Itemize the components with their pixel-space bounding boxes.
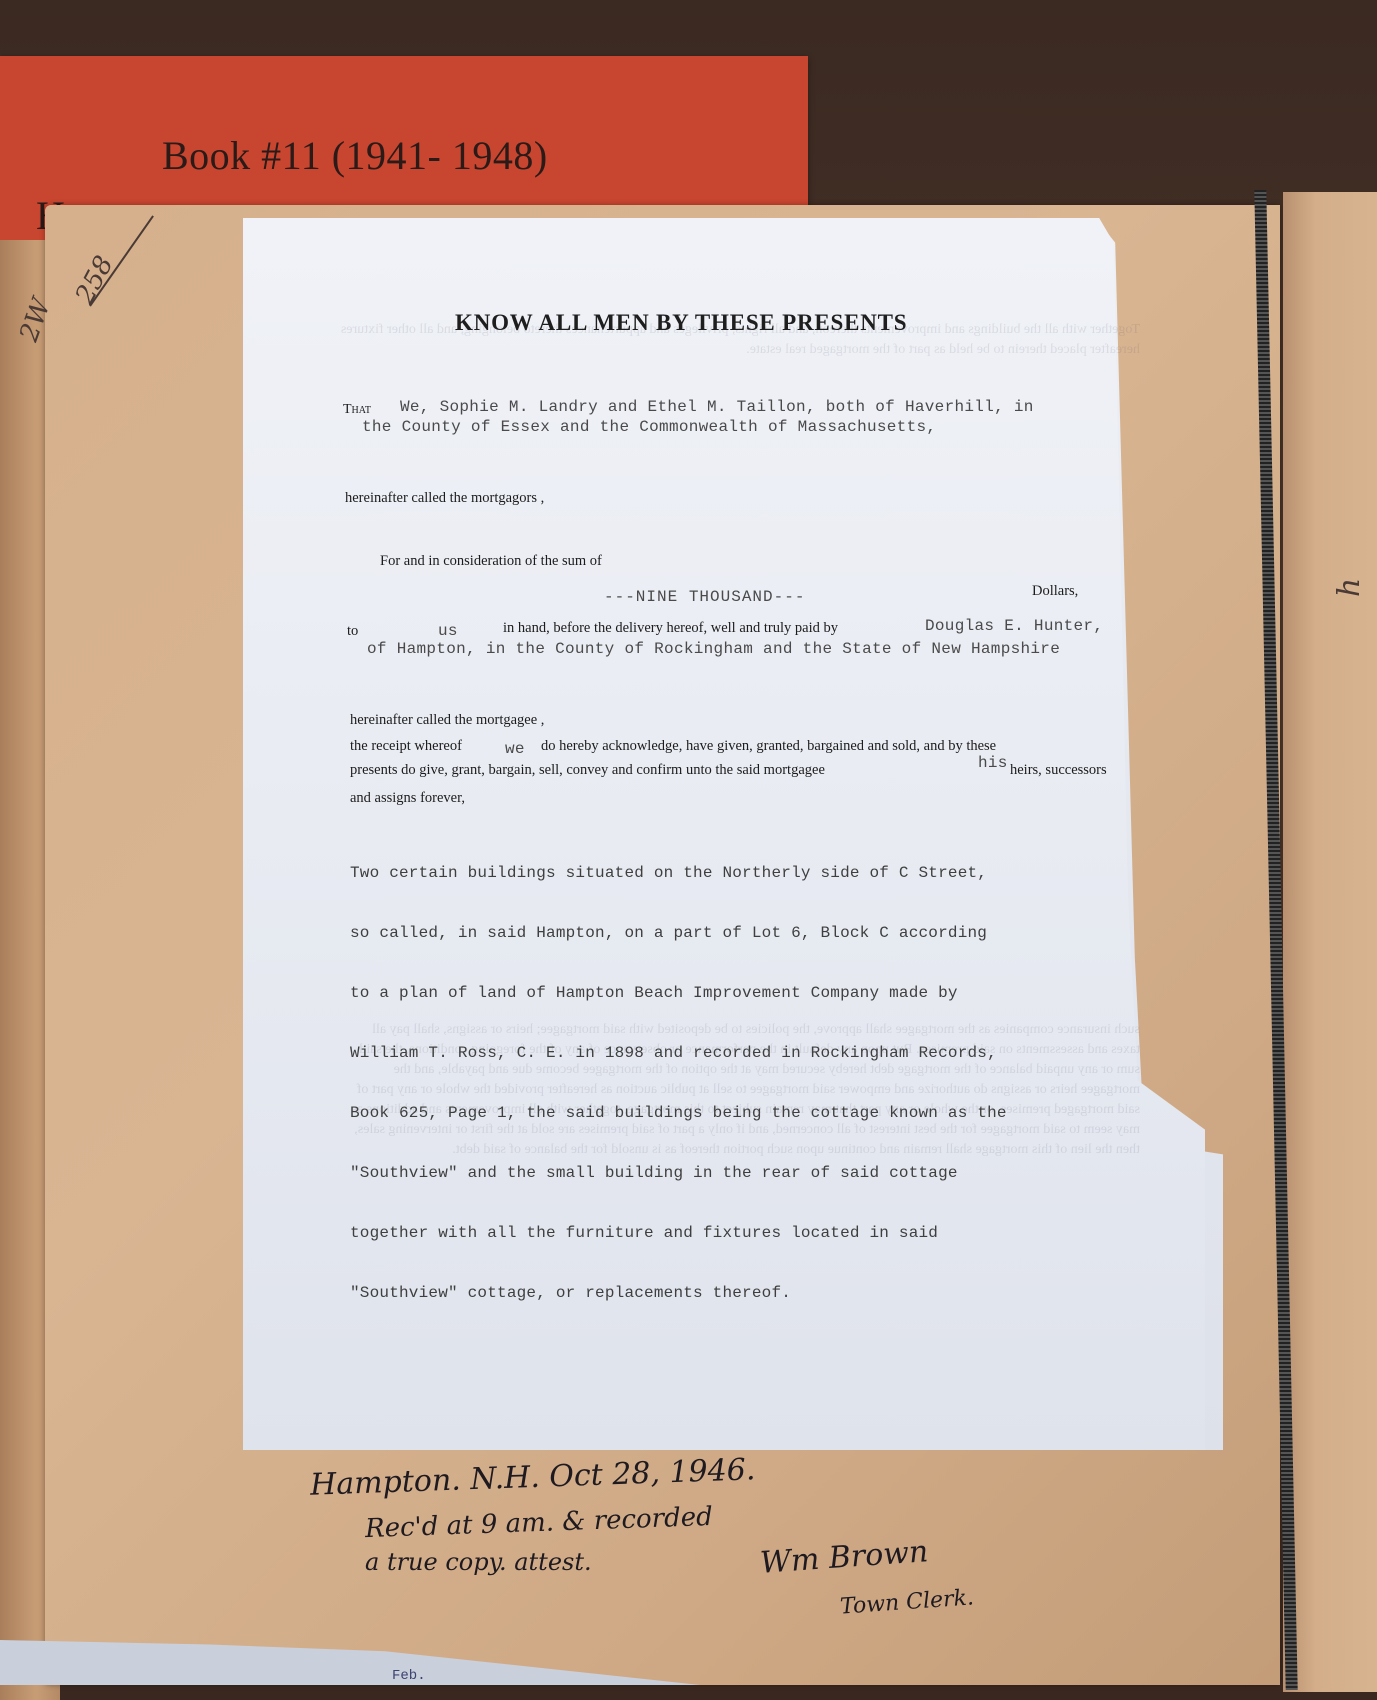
description-line: together with all the furniture and fixt… (350, 1223, 1007, 1243)
paid-by-label: in hand, before the delivery hereof, wel… (503, 620, 838, 637)
recording-note-line-3: a true copy. attest. (365, 1548, 592, 1576)
description-line: William T. Ross, C. E. in 1898 and recor… (350, 1043, 1007, 1063)
grantee-line-1: Douglas E. Hunter, (925, 617, 1103, 635)
property-description: Two certain buildings situated on the No… (350, 823, 1007, 1323)
underlying-sheet-text: Feb. (392, 1668, 426, 1684)
confirm-value: his (978, 754, 1008, 772)
description-line: "Southview" and the small building in th… (350, 1163, 1007, 1183)
grantors-line-1: We, Sophie M. Landry and Ethel M. Taillo… (400, 398, 1034, 416)
mortgagee-label: hereinafter called the mortgagee , (350, 712, 544, 729)
grantors-line-2: the County of Essex and the Commonwealth… (362, 418, 936, 436)
description-line: Book 625, Page 1, the said buildings bei… (350, 1103, 1007, 1123)
that-label: That (343, 402, 371, 418)
description-line: "Southview" cottage, or replacements the… (350, 1283, 1007, 1303)
ledger-right-page (1283, 192, 1377, 1692)
receipt-value: we (505, 740, 525, 758)
confirm-prefix: presents do give, grant, bargain, sell, … (350, 762, 825, 779)
to-label: to (347, 623, 358, 640)
description-line: so called, in said Hampton, on a part of… (350, 923, 1007, 943)
grantee-line-2: of Hampton, in the County of Rockingham … (367, 640, 1060, 658)
receipt-suffix: do hereby acknowledge, have given, grant… (541, 738, 996, 755)
dollars-label: Dollars, (1032, 583, 1078, 600)
to-value: us (438, 622, 458, 640)
amount-typed: ---NINE THOUSAND--- (604, 588, 805, 606)
confirm-suffix: heirs, successors (1010, 762, 1107, 779)
right-page-mark: h (1332, 578, 1367, 597)
deed-heading: KNOW ALL MEN BY THESE PRESENTS (455, 310, 907, 336)
mortgagors-label: hereinafter called the mortgagors , (345, 490, 544, 507)
description-line: to a plan of land of Hampton Beach Impro… (350, 983, 1007, 1003)
assigns-line: and assigns forever, (350, 790, 465, 807)
receipt-prefix: the receipt whereof (350, 738, 462, 755)
description-line: Two certain buildings situated on the No… (350, 863, 1007, 883)
consideration-label: For and in consideration of the sum of (380, 553, 602, 570)
binder-cover-title: Book #11 (1941- 1948) (162, 132, 548, 179)
